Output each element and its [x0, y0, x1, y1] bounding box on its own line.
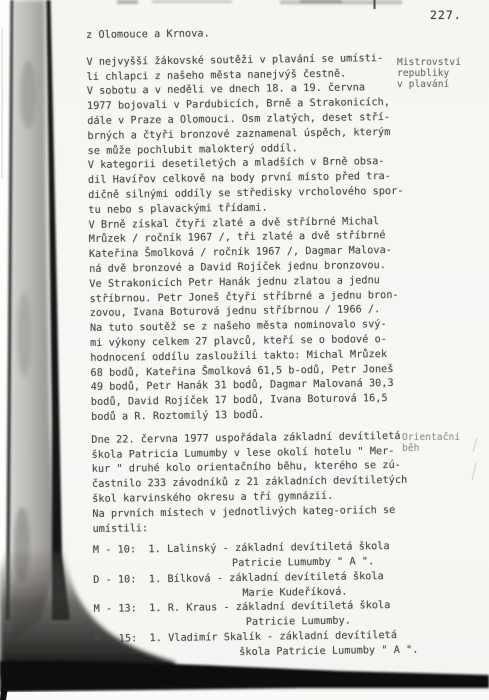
scan-artifact-top-smudges [117, 0, 402, 9]
text-line: z Olomouce a Krnova. [86, 25, 420, 44]
margin-note-orientacni-beh: Orientační běh [402, 432, 460, 454]
body-text: z Olomouce a Krnova.V nejvyšší žákovské … [86, 25, 428, 663]
page-bottom-shadow [0, 661, 489, 692]
scanned-document-page: 227. z Olomouce a Krnova.V nejvyšší žáko… [0, 0, 489, 700]
margin-note-mistrovstvi-republiky-v-plavani: Mistrovství republiky v plavání [397, 57, 461, 90]
page-number: 227. [430, 8, 462, 22]
text-line: bodů a R. Roztomilý 13 bodů. [91, 406, 425, 425]
scan-artifact-right-marks [472, 438, 477, 480]
